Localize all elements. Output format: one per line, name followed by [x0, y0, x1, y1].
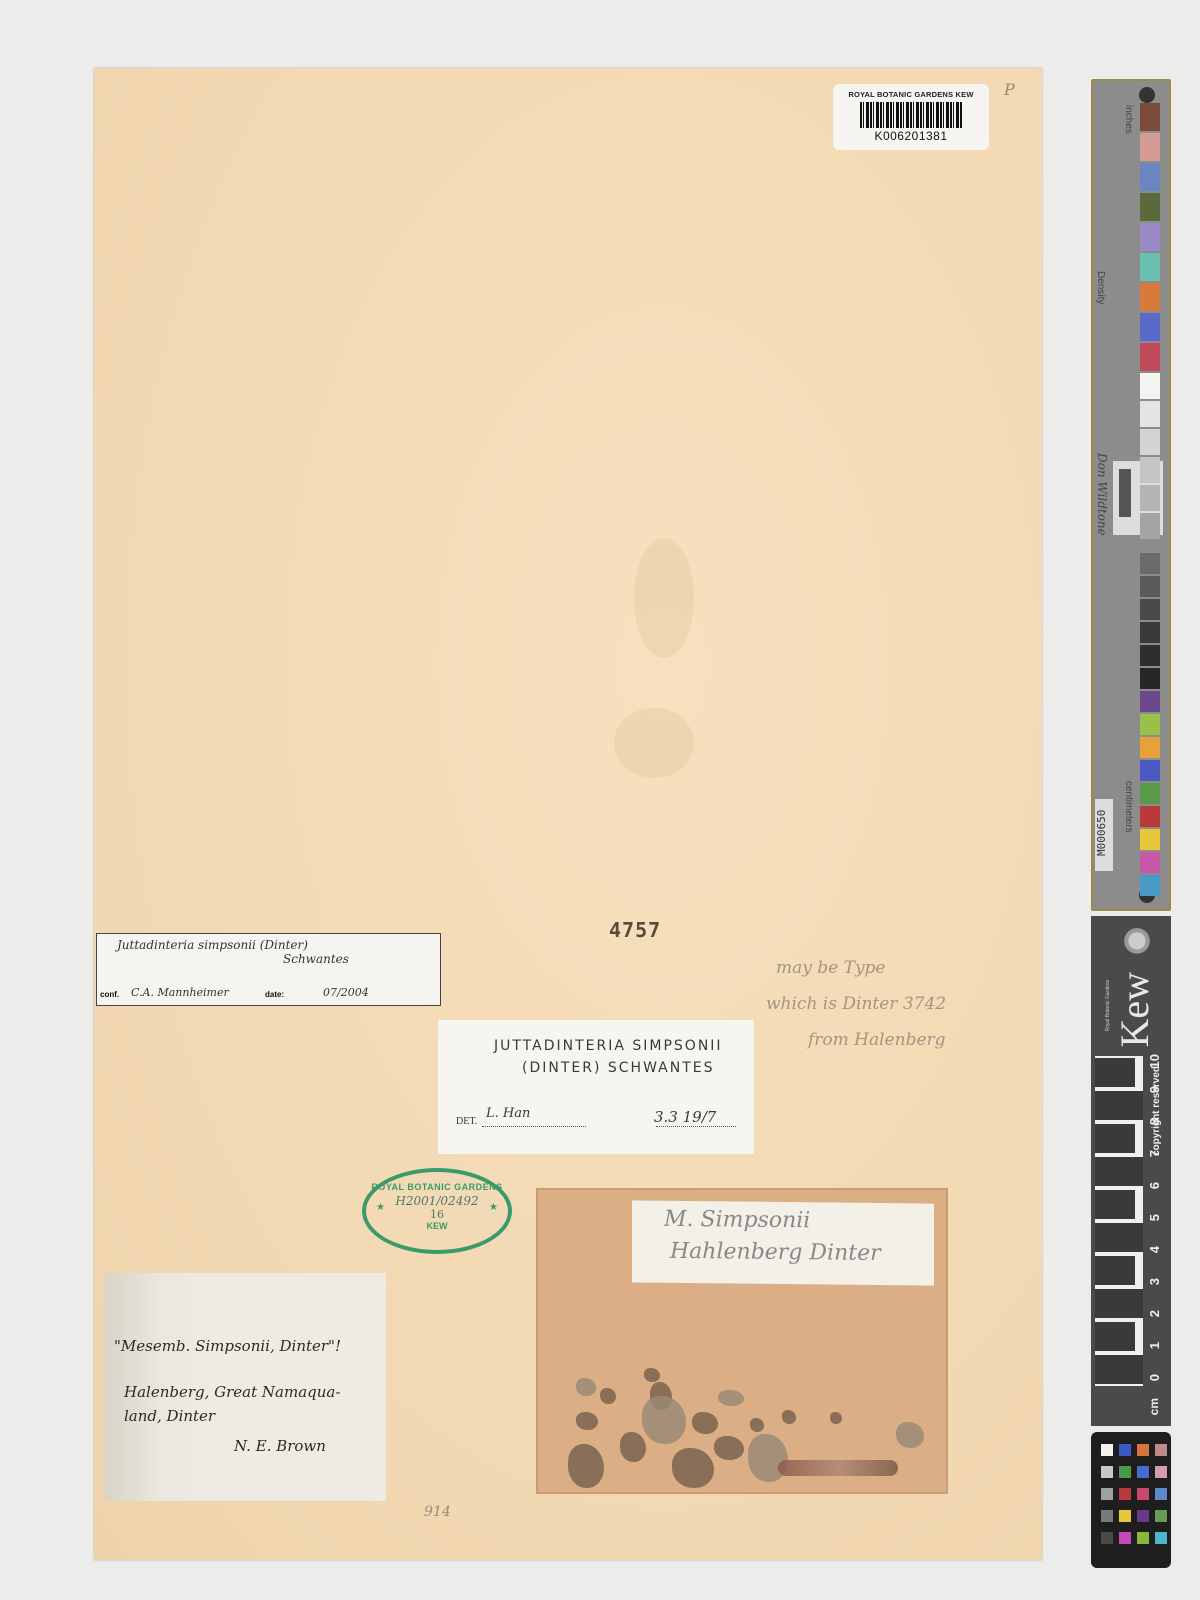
determination-label: JUTTADINTERIA SIMPSONII (DINTER) SCHWANT… — [438, 1020, 754, 1154]
grid-colour-cell — [1137, 1444, 1149, 1456]
colour-swatch — [1140, 599, 1160, 620]
colour-swatch — [1140, 103, 1160, 131]
scale-block — [1095, 1058, 1135, 1087]
stamp-top-text: ROYAL BOTANIC GARDENS — [366, 1182, 508, 1192]
grid-colour-cell — [1119, 1532, 1131, 1544]
specimen-fragment — [644, 1368, 660, 1382]
colour-swatch — [1140, 485, 1160, 511]
scale-number: 4 — [1147, 1246, 1167, 1253]
colour-grid-card — [1091, 1432, 1171, 1568]
pencil-number: 914 — [424, 1504, 451, 1520]
specimen-fragment — [750, 1418, 764, 1432]
date-value: 07/2004 — [323, 986, 369, 999]
scale-number: 2 — [1147, 1310, 1167, 1317]
colour-swatch — [1140, 760, 1160, 781]
packet-label-line: M. Simpsonii — [664, 1207, 810, 1234]
colour-swatch — [1140, 401, 1160, 427]
scale-number: 9 — [1147, 1086, 1167, 1093]
grid-colour-cell — [1155, 1532, 1167, 1544]
chart-hole — [1139, 87, 1155, 103]
colour-swatch — [1140, 852, 1160, 873]
specimen-fragment — [896, 1422, 924, 1448]
det-key: DET. — [456, 1116, 477, 1127]
scale-number: 7 — [1147, 1150, 1167, 1157]
grid-colour-cell — [1137, 1532, 1149, 1544]
royal-crest-icon — [1121, 922, 1153, 964]
original-label-line: "Mesemb. Simpsonii, Dinter"! — [114, 1337, 341, 1355]
original-label-line: Halenberg, Great Namaqua- — [124, 1383, 340, 1401]
colour-swatch — [1140, 691, 1160, 712]
taxon-author: Schwantes — [283, 952, 349, 966]
grid-colour-cell — [1119, 1510, 1131, 1522]
taxon-name: Juttadinteria simpsonii (Dinter) — [117, 938, 308, 952]
institution-name: ROYAL BOTANIC GARDENS KEW — [833, 90, 989, 99]
confirmation-label: Juttadinteria simpsonii (Dinter) Schwant… — [96, 933, 441, 1006]
specimen-stem — [778, 1460, 898, 1476]
specimen-fragment — [568, 1444, 604, 1488]
det-dotted-line — [482, 1126, 586, 1127]
det-taxon-name: JUTTADINTERIA SIMPSONII — [494, 1038, 723, 1054]
colour-swatch — [1140, 163, 1160, 191]
specimen-fragment — [600, 1388, 616, 1404]
scale-block — [1095, 1256, 1135, 1285]
colour-swatch — [1140, 737, 1160, 758]
unit-label: cm — [1147, 1398, 1161, 1415]
kew-stamp: ★ ★ ROYAL BOTANIC GARDENS H2001/02492 16… — [362, 1168, 512, 1254]
grid-colour-cell — [1155, 1488, 1167, 1500]
specimen-fragment — [692, 1412, 718, 1434]
grid-colour-cell — [1101, 1510, 1113, 1522]
colour-swatch — [1140, 875, 1160, 896]
colour-swatch — [1140, 668, 1160, 689]
original-label: "Mesemb. Simpsonii, Dinter"! Halenberg, … — [104, 1273, 386, 1501]
specimen-fragment — [642, 1396, 686, 1444]
density-label: Density — [1095, 271, 1106, 304]
grid-colour-cell — [1155, 1510, 1167, 1522]
copyright-text: copyright reserved — [1151, 1066, 1162, 1156]
specimen-fragment — [576, 1412, 598, 1430]
original-label-line: land, Dinter — [124, 1407, 215, 1425]
conf-value: C.A. Mannheimer — [131, 986, 229, 999]
scale-number: 8 — [1147, 1118, 1167, 1125]
colour-chart: inches Density Don Wildtone M000650 cent… — [1091, 79, 1171, 911]
specimen-packet: M. Simpsonii Hahlenberg Dinter — [536, 1188, 948, 1494]
scale-block — [1095, 1355, 1143, 1384]
chart-id: M000650 — [1095, 799, 1113, 871]
scale-block — [1095, 1223, 1143, 1252]
scale-block — [1095, 1289, 1143, 1318]
colour-swatch — [1140, 313, 1160, 341]
colour-swatch — [1140, 783, 1160, 804]
stamp-sub-number: 16 — [366, 1208, 508, 1221]
scale-number: 1 — [1147, 1342, 1167, 1349]
chart-top-label: inches — [1123, 105, 1134, 134]
colour-swatch — [1140, 133, 1160, 161]
specimen-fragment — [672, 1448, 714, 1488]
scale-number: 5 — [1147, 1214, 1167, 1221]
accession-number: 4757 — [609, 918, 661, 942]
water-stain — [614, 708, 694, 778]
grid-colour-cell — [1155, 1466, 1167, 1478]
star-icon: ★ — [489, 1202, 498, 1213]
colour-swatch — [1140, 829, 1160, 850]
scale-block — [1095, 1091, 1143, 1120]
colour-swatch — [1140, 343, 1160, 371]
colour-swatch — [1140, 283, 1160, 311]
star-icon: ★ — [376, 1202, 385, 1213]
scale-block — [1095, 1124, 1135, 1153]
colour-swatch — [1140, 253, 1160, 281]
specimen-fragment — [576, 1378, 596, 1396]
grid-colour-cell — [1101, 1444, 1113, 1456]
chart-brand: Don Wildtone — [1095, 453, 1109, 536]
packet-label-line: Hahlenberg Dinter — [670, 1239, 881, 1266]
det-value: L. Han — [486, 1106, 530, 1121]
date-dotted-line — [656, 1126, 736, 1127]
specimen-fragment — [830, 1412, 842, 1424]
scale-block — [1095, 1190, 1135, 1219]
scale-block — [1095, 1157, 1143, 1186]
colour-swatch — [1140, 513, 1160, 539]
gray-bar — [1119, 469, 1131, 517]
grid-colour-cell — [1155, 1444, 1167, 1456]
scale-number: 0 — [1147, 1374, 1167, 1381]
colour-swatch — [1140, 645, 1160, 666]
grid-colour-cell — [1101, 1466, 1113, 1478]
pencil-note: may be Type which is Dinter 3742 from Ha… — [766, 950, 1026, 1058]
specimen-fragment — [718, 1390, 744, 1406]
barcode-number: K006201381 — [833, 129, 989, 143]
conf-key: conf. — [100, 990, 119, 999]
specimen-fragment — [782, 1410, 796, 1424]
colour-swatch — [1140, 223, 1160, 251]
colour-swatch — [1140, 806, 1160, 827]
barcode — [860, 102, 962, 128]
water-stain — [634, 538, 694, 658]
colour-swatch — [1140, 193, 1160, 221]
pencil-note-line: which is Dinter 3742 — [766, 986, 1026, 1022]
colour-swatch — [1140, 576, 1160, 597]
chart-bottom-label: centimeters — [1123, 781, 1134, 833]
det-taxon-author: (DINTER) SCHWANTES — [522, 1060, 714, 1076]
stamp-accession: H2001/02492 — [366, 1194, 508, 1208]
grid-colour-cell — [1137, 1488, 1149, 1500]
date-key: date: — [265, 990, 284, 999]
stamp-bottom-text: KEW — [366, 1221, 508, 1231]
pencil-note-line: may be Type — [766, 950, 1026, 986]
colour-swatch — [1140, 622, 1160, 643]
kew-scale-panel: Royal Botanic Gardens Kew copyright rese… — [1091, 916, 1171, 1426]
specimen-fragment — [714, 1436, 744, 1460]
grid-colour-cell — [1101, 1532, 1113, 1544]
colour-swatch — [1140, 714, 1160, 735]
original-label-signature: N. E. Brown — [234, 1437, 326, 1455]
colour-swatch — [1140, 373, 1160, 399]
grid-colour-cell — [1137, 1466, 1149, 1478]
grid-colour-cell — [1119, 1466, 1131, 1478]
scale-number: 6 — [1147, 1182, 1167, 1189]
colour-swatch — [1140, 553, 1160, 574]
kew-logo: Kew — [1111, 972, 1158, 1048]
cm-scale — [1095, 1056, 1143, 1386]
specimen-fragment — [620, 1432, 646, 1462]
det-date: 3.3 19/7 — [654, 1108, 716, 1126]
corner-mark: P — [1004, 80, 1015, 99]
pencil-note-line: from Halenberg — [766, 1022, 1026, 1058]
packet-label: M. Simpsonii Hahlenberg Dinter — [632, 1200, 934, 1285]
scale-block — [1095, 1322, 1135, 1351]
herbarium-sheet: ROYAL BOTANIC GARDENS KEW K006201381 P J… — [94, 68, 1042, 1560]
grid-colour-cell — [1119, 1444, 1131, 1456]
colour-swatch — [1140, 429, 1160, 455]
grid-colour-cell — [1119, 1488, 1131, 1500]
grid-colour-cell — [1137, 1510, 1149, 1522]
grid-colour-cell — [1101, 1488, 1113, 1500]
barcode-label: ROYAL BOTANIC GARDENS KEW K006201381 — [833, 84, 989, 150]
colour-swatch — [1140, 457, 1160, 483]
scale-number: 10 — [1147, 1054, 1167, 1068]
scale-number: 3 — [1147, 1278, 1167, 1285]
